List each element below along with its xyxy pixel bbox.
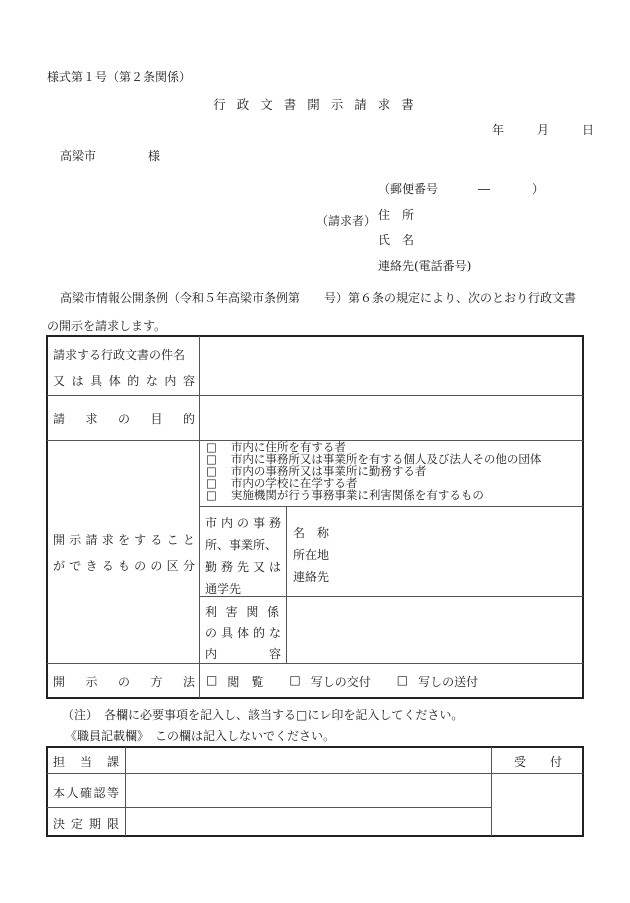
method-label: 開示の方法 — [53, 673, 195, 690]
char: 請 — [53, 410, 65, 427]
option-label: 実施機関が行う事務事業に利害関係を有するもの — [231, 489, 484, 501]
char: 又 — [53, 372, 65, 389]
char: 確 — [80, 784, 92, 801]
option-label: 写しの送付 — [418, 673, 478, 690]
char: 的 — [253, 623, 265, 644]
char: 事 — [253, 512, 265, 534]
char: 内 — [205, 644, 217, 665]
char: 容 — [183, 372, 195, 389]
subject-label-line2: 又は具体的な内容 — [53, 372, 195, 389]
char: の — [237, 512, 249, 534]
char: な — [146, 372, 158, 389]
char: 定 — [71, 815, 83, 832]
option-label: 写しの交付 — [311, 673, 371, 690]
category-label: 開示請求をすること ができるものの区分 — [53, 531, 195, 574]
interest-line3: 内容 — [205, 644, 281, 665]
char: 開 — [53, 673, 65, 690]
name-field[interactable]: 氏 名 — [378, 228, 544, 254]
postal-dash: ― — [478, 182, 490, 196]
char: 目 — [150, 410, 162, 427]
note-instructions: （注） 各欄に必要事項を記入し、該当する□にレ印を記入してください。 — [62, 706, 463, 723]
char: 人 — [66, 784, 78, 801]
char: る — [102, 557, 114, 574]
workplace-line1: 市内の事務 — [205, 512, 281, 534]
char: 内 — [164, 372, 176, 389]
char: 示 — [69, 531, 81, 548]
workplace-name-field[interactable]: 名 称 — [293, 522, 329, 544]
char: 的 — [127, 372, 139, 389]
purpose-input[interactable] — [200, 396, 582, 439]
char: の — [134, 557, 146, 574]
char: 受 — [514, 753, 526, 770]
char: 市 — [205, 512, 217, 534]
char: 開 — [53, 531, 65, 548]
divider — [47, 773, 583, 774]
purpose-label: 請求の目的 — [53, 410, 195, 427]
char: の — [118, 673, 130, 690]
char: 係 — [267, 602, 279, 623]
char: 利 — [205, 602, 217, 623]
char: で — [69, 557, 81, 574]
char: 決 — [53, 815, 65, 832]
char: 求 — [85, 410, 97, 427]
char: な — [269, 623, 281, 644]
checkbox-icon[interactable]: □ — [206, 489, 217, 501]
char: の — [150, 557, 162, 574]
note-staff-section: 《職員記載欄》 この欄は記入しないでください。 — [65, 727, 335, 744]
date-day: 日 — [582, 121, 594, 138]
char: 先 — [237, 556, 249, 578]
char: 具 — [221, 623, 233, 644]
workplace-line2: 所、事業所、 — [205, 534, 281, 556]
char: が — [53, 557, 65, 574]
char: す — [134, 531, 146, 548]
workplace-location-field[interactable]: 所在地 — [293, 544, 329, 566]
category-label-line2: ができるものの区分 — [53, 557, 195, 574]
char: 認 — [93, 784, 105, 801]
char: 体 — [109, 372, 121, 389]
addressee-city: 高梁市 — [60, 149, 96, 163]
contact-field[interactable]: 連絡先(電話番号) — [378, 254, 544, 280]
char: 内 — [221, 512, 233, 534]
date-month: 月 — [537, 121, 582, 138]
char: 容 — [269, 644, 281, 665]
char: 請 — [85, 531, 97, 548]
workplace-line3: 勤務先又は — [205, 556, 281, 578]
interest-label: 利害関係 の具体的な 内容 — [205, 602, 281, 665]
workplace-contact-field[interactable]: 連絡先 — [293, 566, 329, 588]
requester-label: （請求者） — [316, 212, 376, 229]
requester-fields: （郵便番号―） 住 所 氏 名 連絡先(電話番号) — [378, 177, 544, 279]
divider — [47, 807, 491, 808]
option-label: 閲 覧 — [227, 673, 263, 690]
checkbox-icon[interactable]: □ — [206, 673, 217, 690]
date-line: 年月日 — [492, 121, 594, 138]
divider — [491, 747, 492, 836]
char: の — [118, 410, 130, 427]
char: 的 — [183, 410, 195, 427]
char: 分 — [183, 557, 195, 574]
char: 本 — [53, 784, 65, 801]
divider — [47, 663, 583, 664]
char: 法 — [183, 673, 195, 690]
identity-label: 本人確認等 — [53, 784, 119, 801]
category-options: □市内に住所を有する者 □市内に事務所又は事業所を有する個人及び法人その他の団体… — [206, 441, 541, 501]
workplace-line4: 通学先 — [205, 578, 281, 600]
interest-line2: の具体的な — [205, 623, 281, 644]
char: 又 — [253, 556, 265, 578]
reception-label: 受付 — [514, 753, 562, 770]
char: 期 — [89, 815, 101, 832]
document-title: 行政文書開示請求書 — [0, 95, 630, 113]
form-number: 様式第１号（第２条関係） — [47, 68, 191, 85]
char: 課 — [107, 753, 119, 770]
char: 務 — [221, 556, 233, 578]
char: 方 — [150, 673, 162, 690]
char: 当 — [80, 753, 92, 770]
interest-input[interactable] — [287, 597, 582, 662]
staff-table — [46, 746, 584, 837]
postal-label: （郵便番号 — [378, 182, 438, 196]
char: は — [269, 556, 281, 578]
postal-code-field[interactable]: （郵便番号―） — [378, 177, 544, 203]
char: 具 — [90, 372, 102, 389]
char: は — [72, 372, 84, 389]
workplace-fields: 名 称 所在地 連絡先 — [293, 522, 329, 588]
intro-paragraph: 高梁市情報公開条例（令和５年高梁市条例第 号）第６条の規定により、次のとおり行政… — [47, 284, 587, 340]
char: 害 — [226, 602, 238, 623]
workplace-label: 市内の事務 所、事業所、 勤務先又は 通学先 — [205, 512, 281, 600]
category-option[interactable]: □実施機関が行う事務事業に利害関係を有するもの — [206, 489, 541, 501]
char: 区 — [167, 557, 179, 574]
address-field[interactable]: 住 所 — [378, 203, 544, 229]
checkbox-icon[interactable]: □ — [289, 673, 300, 690]
char: 求 — [102, 531, 114, 548]
interest-line1: 利害関係 — [205, 602, 281, 623]
divider — [199, 506, 583, 507]
char: 限 — [107, 815, 119, 832]
char: も — [118, 557, 130, 574]
char: 務 — [269, 512, 281, 534]
char: 等 — [107, 784, 119, 801]
divider — [125, 747, 126, 836]
honorific: 様 — [148, 149, 160, 163]
date-year: 年 — [492, 121, 537, 138]
char: と — [183, 531, 195, 548]
subject-label-line1: 請求する行政文書の件名 — [53, 346, 195, 363]
subject-input[interactable] — [200, 337, 582, 394]
dept-label: 担当課 — [53, 753, 119, 770]
char: を — [118, 531, 130, 548]
category-label-line1: 開示請求をすること — [53, 531, 195, 548]
method-options: □閲 覧 □写しの交付 □写しの送付 — [206, 673, 504, 690]
char: 関 — [246, 602, 258, 623]
char: の — [205, 623, 217, 644]
char: 担 — [53, 753, 65, 770]
char: 示 — [85, 673, 97, 690]
subject-label: 請求する行政文書の件名 又は具体的な内容 — [53, 346, 195, 389]
method-option-copy-delivery[interactable]: □写しの交付 — [289, 673, 370, 690]
char: こ — [167, 531, 179, 548]
method-option-copy-mail[interactable]: □写しの送付 — [397, 673, 478, 690]
addressee: 高梁市様 — [60, 147, 160, 164]
deadline-label: 決定期限 — [53, 815, 119, 832]
char: 勤 — [205, 556, 217, 578]
method-option-view[interactable]: □閲 覧 — [206, 673, 263, 690]
char: 体 — [237, 623, 249, 644]
postal-close: ） — [532, 182, 544, 196]
char: る — [150, 531, 162, 548]
char: 付 — [550, 753, 562, 770]
char: き — [85, 557, 97, 574]
checkbox-icon[interactable]: □ — [397, 673, 408, 690]
